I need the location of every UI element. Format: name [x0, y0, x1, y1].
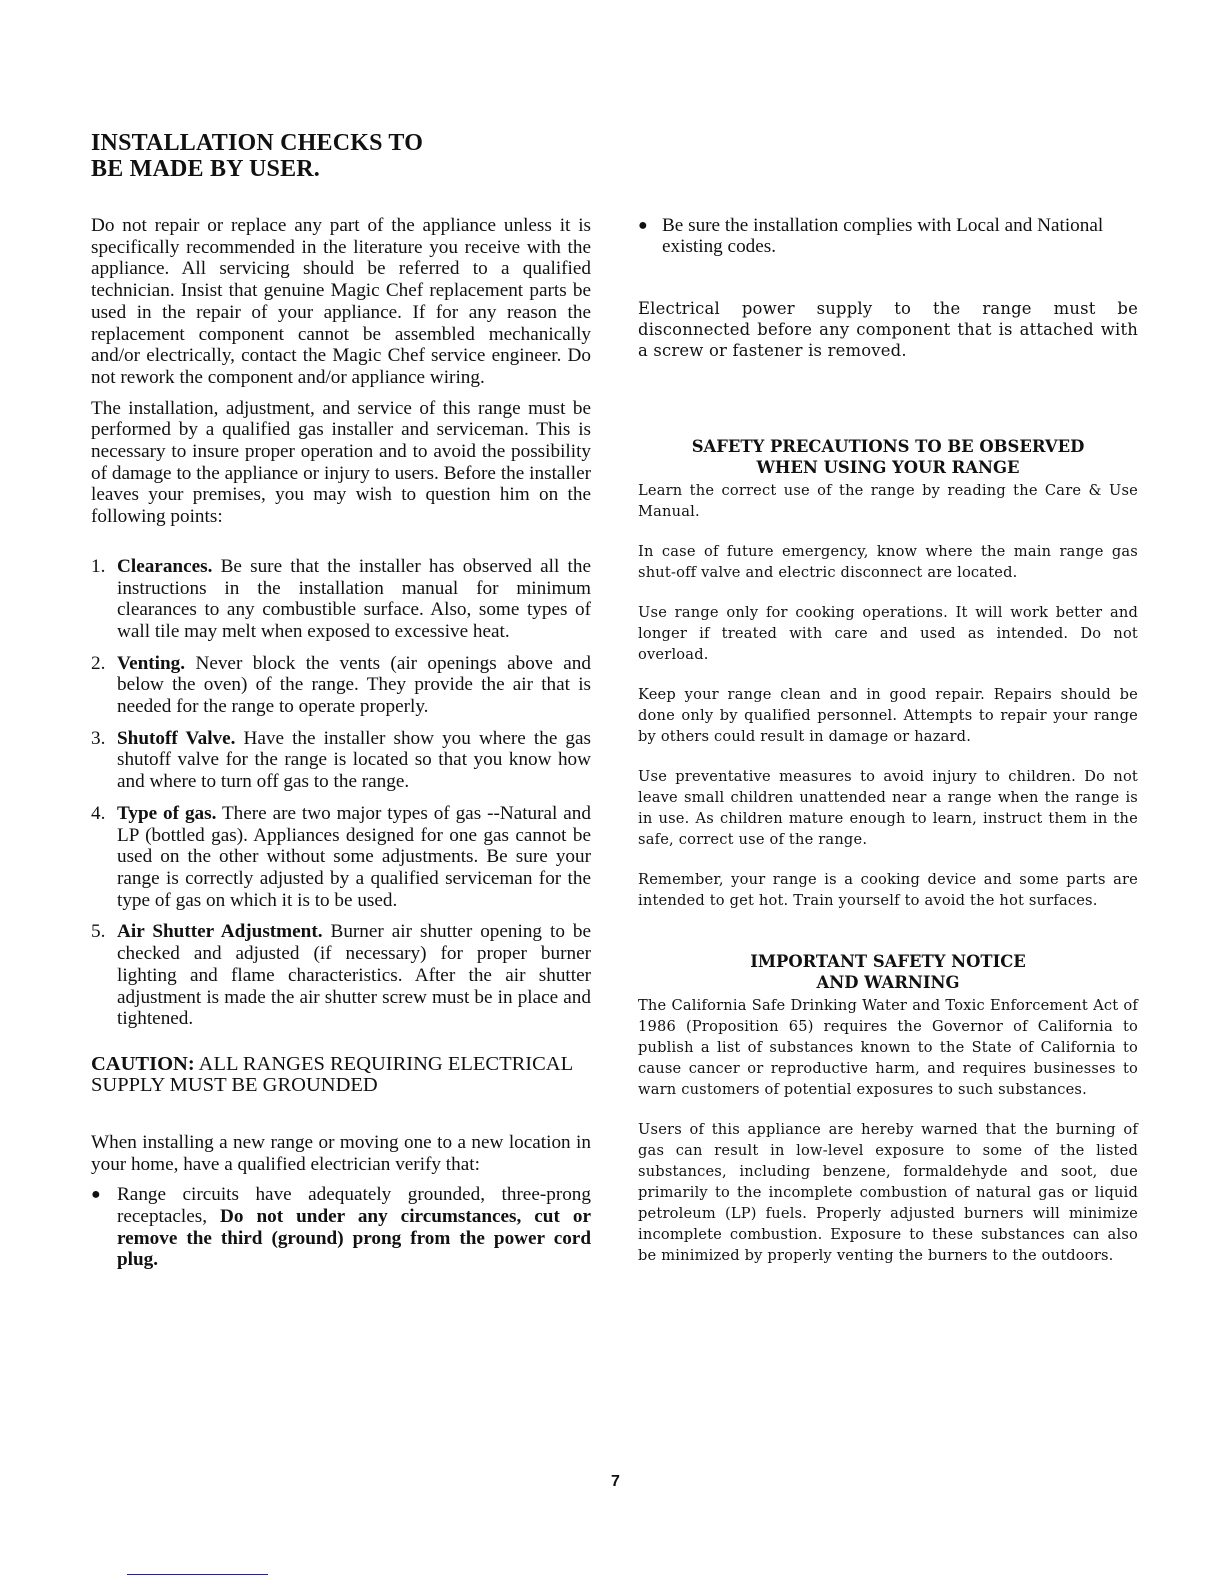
- electrician-paragraph: When installing a new range or moving on…: [91, 1132, 591, 1175]
- exposure-warning-paragraph: Users of this appliance are hereby warne…: [638, 1119, 1138, 1266]
- check-term: Clearances.: [117, 556, 212, 577]
- page-title: INSTALLATION CHECKS TO BE MADE BY USER.: [91, 130, 591, 182]
- intro-paragraph-installation: The installation, adjustment, and servic…: [91, 398, 591, 528]
- bullet-icon: ●: [91, 1184, 101, 1206]
- check-item-clearances: 1. Clearances. Be sure that the installe…: [91, 556, 591, 643]
- safety-paragraph: In case of future emergency, know where …: [638, 541, 1138, 583]
- caution-label: CAUTION:: [91, 1053, 195, 1075]
- safety-precautions-heading: SAFETY PRECAUTIONS TO BE OBSERVED WHEN U…: [638, 436, 1138, 478]
- check-item-type-of-gas: 4. Type of gas. There are two major type…: [91, 803, 591, 912]
- bullet-icon: ●: [638, 215, 648, 236]
- check-number: 2.: [91, 653, 105, 675]
- check-item-shutoff-valve: 3. Shutoff Valve. Have the installer sho…: [91, 728, 591, 793]
- notice-heading-line-2: AND WARNING: [817, 973, 960, 992]
- scan-artifact-line: [127, 1574, 268, 1575]
- check-item-venting: 2. Venting. Never block the vents (air o…: [91, 653, 591, 718]
- codes-bullet: ● Be sure the installation complies with…: [638, 215, 1138, 257]
- left-column: INSTALLATION CHECKS TO BE MADE BY USER. …: [91, 130, 591, 1271]
- check-number: 3.: [91, 728, 105, 750]
- grounding-bullet: ● Range circuits have adequately grounde…: [91, 1184, 591, 1271]
- check-text: Never block the vents (air openings abov…: [117, 653, 591, 717]
- right-column: ● Be sure the installation complies with…: [638, 215, 1138, 1285]
- manual-page: INSTALLATION CHECKS TO BE MADE BY USER. …: [0, 0, 1224, 1584]
- safety-paragraph: Use range only for cooking operations. I…: [638, 602, 1138, 665]
- safety-paragraph: Use preventative measures to avoid injur…: [638, 766, 1138, 850]
- check-number: 1.: [91, 556, 105, 578]
- notice-heading-line-1: IMPORTANT SAFETY NOTICE: [750, 952, 1026, 971]
- intro-paragraph-repair: Do not repair or replace any part of the…: [91, 215, 591, 389]
- page-number: 7: [611, 1473, 620, 1491]
- check-term: Venting.: [117, 653, 185, 674]
- power-disconnect-note: Electrical power supply to the range mus…: [638, 298, 1138, 361]
- safety-paragraph: Remember, your range is a cooking device…: [638, 869, 1138, 911]
- grounding-caution: CAUTION: ALL RANGES REQUIRING ELECTRICAL…: [91, 1054, 591, 1096]
- check-number: 5.: [91, 921, 105, 943]
- installation-checks-list: 1. Clearances. Be sure that the installe…: [91, 556, 591, 1030]
- safety-heading-line-2: WHEN USING YOUR RANGE: [757, 458, 1020, 477]
- safety-notice-heading: IMPORTANT SAFETY NOTICE AND WARNING: [638, 951, 1138, 993]
- check-term: Shutoff Valve.: [117, 728, 235, 749]
- page-title-line-1: INSTALLATION CHECKS TO: [91, 130, 423, 156]
- check-number: 4.: [91, 803, 105, 825]
- check-item-air-shutter: 5. Air Shutter Adjustment. Burner air sh…: [91, 921, 591, 1030]
- safety-paragraph: Keep your range clean and in good repair…: [638, 684, 1138, 747]
- check-term: Air Shutter Adjustment.: [117, 921, 323, 942]
- prop65-paragraph: The California Safe Drinking Water and T…: [638, 995, 1138, 1100]
- safety-paragraph: Learn the correct use of the range by re…: [638, 480, 1138, 522]
- check-term: Type of gas.: [117, 803, 216, 824]
- codes-bullet-text: Be sure the installation complies with L…: [662, 215, 1103, 257]
- safety-heading-line-1: SAFETY PRECAUTIONS TO BE OBSERVED: [692, 437, 1085, 456]
- page-title-line-2: BE MADE BY USER.: [91, 156, 320, 182]
